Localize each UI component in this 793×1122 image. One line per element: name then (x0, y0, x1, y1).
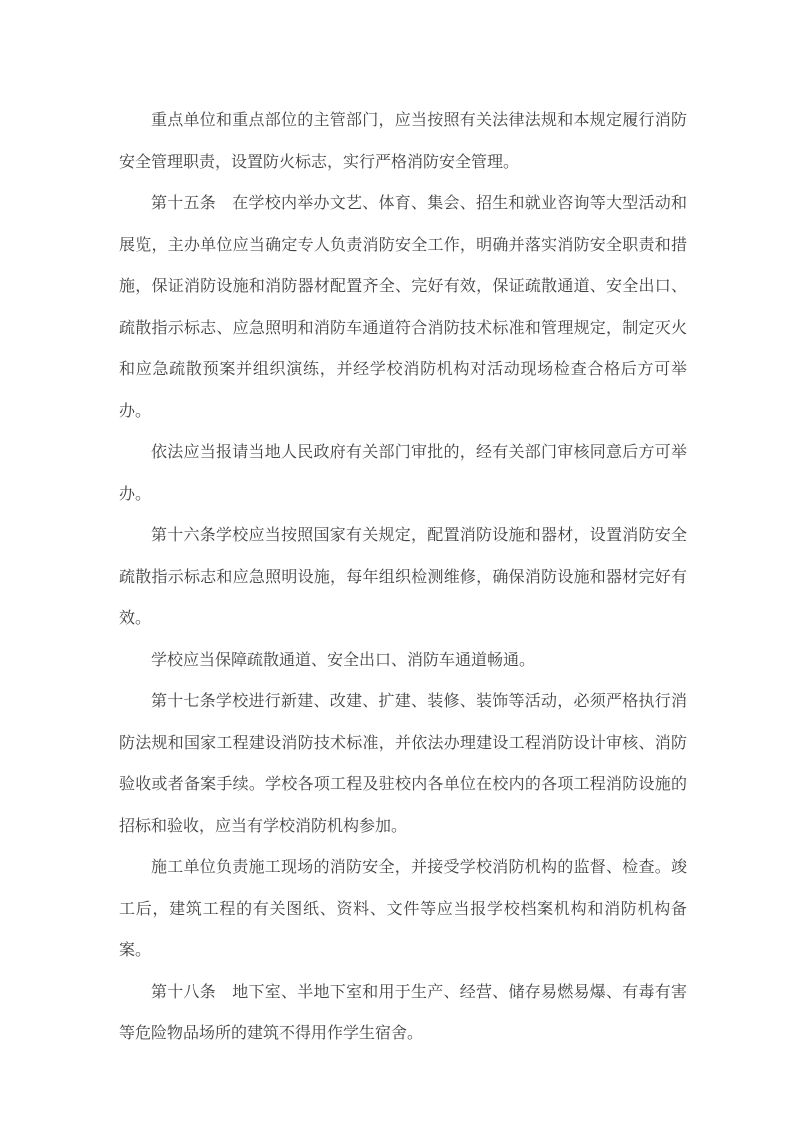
paragraph-article-17-construction-standards: 第十七条学校进行新建、改建、扩建、装修、装饰等活动，必须严格执行消防法规和国家工… (119, 681, 687, 847)
document-page: 重点单位和重点部位的主管部门，应当按照有关法律法规和本规定履行消防安全管理职责，… (0, 0, 793, 1122)
paragraph-article-15-large-events: 第十五条 在学校内举办文艺、体育、集会、招生和就业咨询等大型活动和展览，主办单位… (119, 183, 687, 432)
paragraph-supervising-departments-duty: 重点单位和重点部位的主管部门，应当按照有关法律法规和本规定履行消防安全管理职责，… (119, 100, 687, 183)
paragraph-article-15-government-approval: 依法应当报请当地人民政府有关部门审批的，经有关部门审核同意后方可举办。 (119, 432, 687, 515)
paragraph-article-16-facilities-equipment: 第十六条学校应当按照国家有关规定，配置消防设施和器材，设置消防安全疏散指示标志和… (119, 515, 687, 640)
paragraph-article-16-evacuation-routes: 学校应当保障疏散通道、安全出口、消防车通道畅通。 (119, 640, 687, 682)
paragraph-article-17-construction-unit-duty: 施工单位负责施工现场的消防安全，并接受学校消防机构的监督、检查。竣工后，建筑工程… (119, 847, 687, 972)
document-body: 重点单位和重点部位的主管部门，应当按照有关法律法规和本规定履行消防安全管理职责，… (119, 100, 687, 1055)
paragraph-article-18-basement-dormitory-ban: 第十八条 地下室、半地下室和用于生产、经营、储存易燃易爆、有毒有害等危险物品场所… (119, 972, 687, 1055)
